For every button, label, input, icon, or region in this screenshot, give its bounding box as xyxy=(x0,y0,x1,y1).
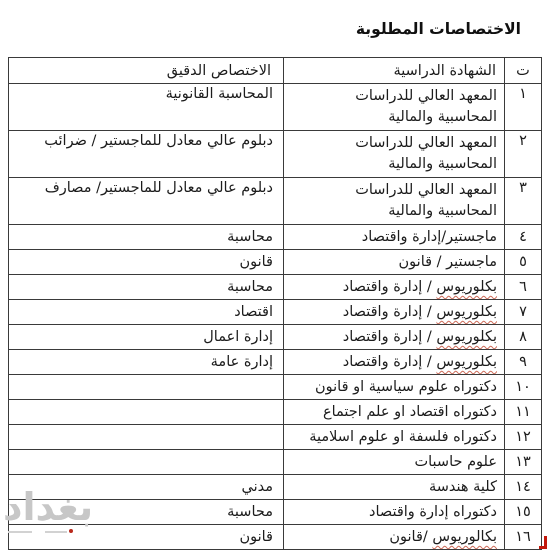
table-body: ١المعهد العالي للدراساتالمحاسبية والمالي… xyxy=(9,84,542,550)
cell-specialization: إدارة اعمال xyxy=(9,325,284,350)
cell-specialization xyxy=(9,425,284,450)
cell-specialization: المحاسبة القانونية xyxy=(9,84,284,131)
page-title: الاختصاصات المطلوبة xyxy=(0,0,547,40)
cell-certificate: بكلوريوس / إدارة واقتصاد xyxy=(284,350,505,375)
cell-specialization: محاسبة xyxy=(9,225,284,250)
misspelled-word: بكلوريوس xyxy=(436,304,497,320)
cell-certificate: دكتوراه فلسفة او علوم اسلامية xyxy=(284,425,505,450)
cell-certificate: بكلوريوس / إدارة واقتصاد xyxy=(284,300,505,325)
header-cell-num: ت xyxy=(505,58,542,84)
cell-num: ١١ xyxy=(505,400,542,425)
cell-certificate: بكالوريوس /قانون xyxy=(284,525,505,550)
specializations-table: ت الشهادة الدراسية الاختصاص الدقيق ١المع… xyxy=(8,57,542,550)
cell-num: ٧ xyxy=(505,300,542,325)
cell-specialization xyxy=(9,375,284,400)
cell-specialization: مدني xyxy=(9,475,284,500)
cell-num: ٩ xyxy=(505,350,542,375)
cell-certificate: المعهد العالي للدراساتالمحاسبية والمالية xyxy=(284,84,505,131)
table-row: ١٢دكتوراه فلسفة او علوم اسلامية xyxy=(9,425,542,450)
table-row: ٥ماجستير / قانونقانون xyxy=(9,250,542,275)
table-row: ١٥دكتوراه إدارة واقتصادمحاسبة xyxy=(9,500,542,525)
cell-num: ١٠ xyxy=(505,375,542,400)
table-row: ١٠دكتوراه علوم سياسية او قانون xyxy=(9,375,542,400)
table-header-row: ت الشهادة الدراسية الاختصاص الدقيق xyxy=(9,58,542,84)
cell-specialization: إدارة عامة xyxy=(9,350,284,375)
cell-certificate: ماجستير/إدارة واقتصاد xyxy=(284,225,505,250)
cell-num: ٦ xyxy=(505,275,542,300)
table-row: ١٣علوم حاسبات xyxy=(9,450,542,475)
cell-num: ١٣ xyxy=(505,450,542,475)
cell-num: ١ xyxy=(505,84,542,131)
document-photo: { "page": { "title": "الاختصاصات المطلوب… xyxy=(0,0,547,551)
cell-certificate: كلية هندسة xyxy=(284,475,505,500)
cell-specialization: قانون xyxy=(9,250,284,275)
cell-num: ٣ xyxy=(505,178,542,225)
cell-specialization xyxy=(9,400,284,425)
cell-specialization: دبلوم عالي معادل للماجستير/ مصارف xyxy=(9,178,284,225)
header-cell-specialization: الاختصاص الدقيق xyxy=(9,58,284,84)
header-cell-certificate: الشهادة الدراسية xyxy=(284,58,505,84)
table-row: ٦بكلوريوس / إدارة واقتصادمحاسبة xyxy=(9,275,542,300)
cell-certificate: دكتوراه علوم سياسية او قانون xyxy=(284,375,505,400)
cell-certificate: المعهد العالي للدراساتالمحاسبية والمالية xyxy=(284,131,505,178)
table-row: ٢المعهد العالي للدراساتالمحاسبية والمالي… xyxy=(9,131,542,178)
misspelled-word: بكالوريوس xyxy=(432,529,497,545)
misspelled-word: بكلوريوس xyxy=(436,354,497,370)
cell-certificate: دكتوراه اقتصاد او علم اجتماع xyxy=(284,400,505,425)
table-row: ٨بكلوريوس / إدارة واقتصادإدارة اعمال xyxy=(9,325,542,350)
table-row: ٧بكلوريوس / إدارة واقتصاداقتصاد xyxy=(9,300,542,325)
cell-num: ٥ xyxy=(505,250,542,275)
cell-num: ٨ xyxy=(505,325,542,350)
cell-specialization xyxy=(9,450,284,475)
cell-specialization: قانون xyxy=(9,525,284,550)
cell-specialization: دبلوم عالي معادل للماجستير / ضرائب xyxy=(9,131,284,178)
cell-certificate: المعهد العالي للدراساتالمحاسبية والمالية xyxy=(284,178,505,225)
cell-specialization: محاسبة xyxy=(9,275,284,300)
cell-certificate: بكلوريوس / إدارة واقتصاد xyxy=(284,275,505,300)
table-row: ١المعهد العالي للدراساتالمحاسبية والمالي… xyxy=(9,84,542,131)
table-row: ١٦بكالوريوس /قانونقانون xyxy=(9,525,542,550)
cell-num: ١٦ xyxy=(505,525,542,550)
cell-num: ١٤ xyxy=(505,475,542,500)
cell-certificate: علوم حاسبات xyxy=(284,450,505,475)
cell-num: ٢ xyxy=(505,131,542,178)
red-corner-mark xyxy=(539,536,547,549)
cell-num: ١٥ xyxy=(505,500,542,525)
cell-specialization: اقتصاد xyxy=(9,300,284,325)
cell-certificate: ماجستير / قانون xyxy=(284,250,505,275)
table-row: ٣المعهد العالي للدراساتالمحاسبية والمالي… xyxy=(9,178,542,225)
table-row: ٩بكلوريوس / إدارة واقتصادإدارة عامة xyxy=(9,350,542,375)
table-row: ١٤كلية هندسةمدني xyxy=(9,475,542,500)
misspelled-word: بكلوريوس xyxy=(436,329,497,345)
cell-certificate: بكلوريوس / إدارة واقتصاد xyxy=(284,325,505,350)
cell-num: ٤ xyxy=(505,225,542,250)
cell-specialization: محاسبة xyxy=(9,500,284,525)
misspelled-word: بكلوريوس xyxy=(436,279,497,295)
cell-certificate: دكتوراه إدارة واقتصاد xyxy=(284,500,505,525)
table-row: ١١دكتوراه اقتصاد او علم اجتماع xyxy=(9,400,542,425)
table-row: ٤ماجستير/إدارة واقتصادمحاسبة xyxy=(9,225,542,250)
cell-num: ١٢ xyxy=(505,425,542,450)
